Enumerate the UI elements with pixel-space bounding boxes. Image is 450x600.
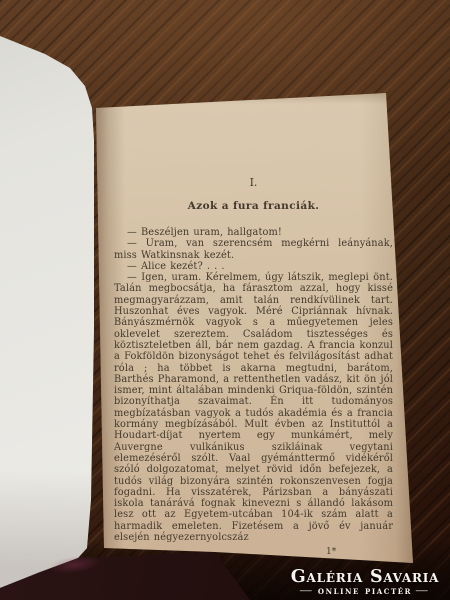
paragraph-dialogue-2: — Uram, van szerencsém megkérni leányána…: [114, 238, 393, 261]
paragraph-dialogue-1: — Beszéljen uram, hallgatom!: [114, 227, 393, 238]
watermark-subtitle-row: — online piactér —: [281, 586, 449, 597]
chapter-title: Azok a fura franciák.: [114, 200, 393, 212]
page-text-block: I. Azok a fura franciák. — Beszéljen ura…: [114, 176, 393, 557]
watermark-title: Galéria Savaria: [281, 568, 449, 586]
watermark-subtitle: online piactér: [318, 586, 412, 597]
paragraph-dialogue-3: — Alice kezét? . . .: [114, 261, 393, 272]
watermark: Galéria Savaria — online piactér —: [281, 568, 449, 597]
chapter-number: I.: [114, 176, 393, 189]
watermark-left-dash: —: [300, 587, 315, 597]
book-product-photo: I. Azok a fura franciák. — Beszéljen ura…: [0, 0, 450, 600]
watermark-right-dash: —: [415, 587, 430, 597]
paragraph-body: — Igen, uram. Kérelmem, úgy látszik, meg…: [114, 272, 393, 543]
